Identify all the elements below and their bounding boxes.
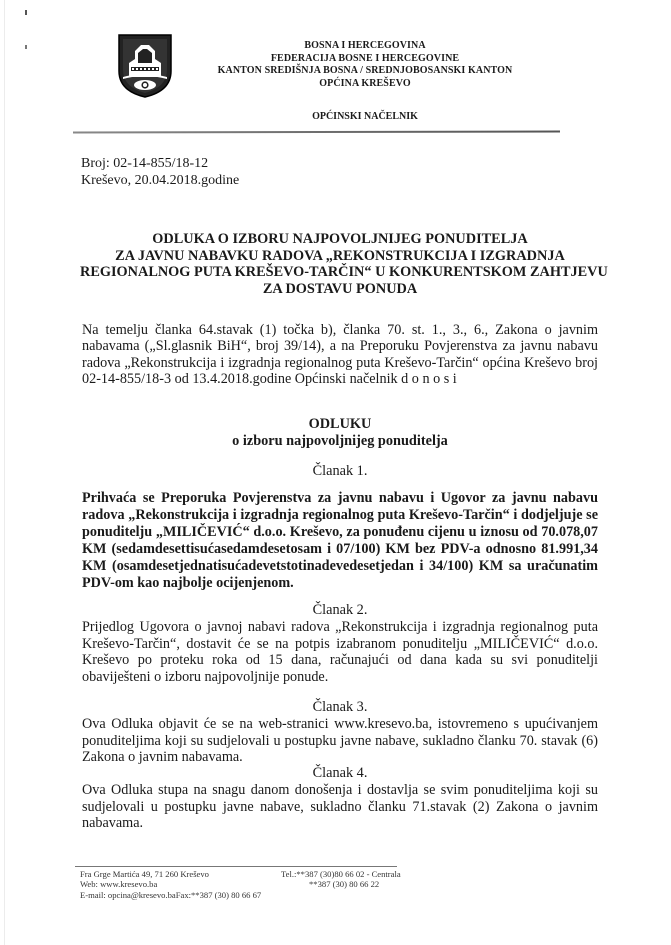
footer-tel-secondary: **387 (30) 80 66 22 xyxy=(281,879,401,889)
scan-mark xyxy=(25,45,27,49)
article-1-label: Članak 1. xyxy=(80,463,600,480)
footer-email-fax: E-mail: opcina@kresevo.baFax:**387 (30) … xyxy=(80,890,261,900)
article-1-text: Prihvaća se Preporuka Povjerenstva za ja… xyxy=(82,490,598,592)
title-line: ZA JAVNU NABAVKU RADOVA „REKONSTRUKCIJA … xyxy=(80,248,600,265)
article-3-label: Članak 3. xyxy=(80,699,600,716)
article-2-text: Prijedlog Ugovora o javnoj nabavi radova… xyxy=(82,619,598,685)
institution-header: BOSNA I HERCEGOVINA FEDERACIJA BOSNE I H… xyxy=(160,40,570,90)
title-line: ZA DOSTAVU PONUDA xyxy=(80,281,600,298)
header-line: OPĆINA KREŠEVO xyxy=(160,78,570,91)
footer-web: Web: www.kresevo.ba xyxy=(80,879,261,889)
header-line: KANTON SREDIŠNJA BOSNA / SREDNJOBOSANSKI… xyxy=(160,65,570,78)
intro-paragraph: Na temelju članka 64.stavak (1) točka b)… xyxy=(82,322,598,387)
decision-heading: ODLUKU xyxy=(80,416,600,433)
article-3-text: Ova Odluka objavit će se na web-stranici… xyxy=(82,716,598,766)
header-line: BOSNA I HERCEGOVINA xyxy=(160,40,570,53)
document-title: ODLUKA O IZBORU NAJPOVOLJNIJEG PONUDITEL… xyxy=(80,231,600,297)
reference-block: Broj: 02-14-855/18-12 Kreševo, 20.04.201… xyxy=(81,155,239,189)
article-4-label: Članak 4. xyxy=(80,765,600,782)
footer-contact-left: Fra Grge Martića 49, 71 260 Kreševo Web:… xyxy=(80,869,261,900)
article-2-label: Članak 2. xyxy=(80,602,600,619)
scan-mark xyxy=(25,10,27,15)
title-line: ODLUKA O IZBORU NAJPOVOLJNIJEG PONUDITEL… xyxy=(80,231,600,248)
header-line: FEDERACIJA BOSNE I HERCEGOVINE xyxy=(160,53,570,66)
footer-contact-right: Tel.:**387 (30)80 66 02 - Centrala **387… xyxy=(281,869,401,890)
reference-number: Broj: 02-14-855/18-12 xyxy=(81,155,239,172)
title-line: REGIONALNOG PUTA KREŠEVO-TARČIN“ U KONKU… xyxy=(80,264,600,281)
article-4-text: Ova Odluka stupa na snagu danom donošenj… xyxy=(82,782,598,832)
office-title: OPĆINSKI NAČELNIK xyxy=(160,111,570,122)
header-divider xyxy=(73,130,560,133)
place-date: Kreševo, 20.04.2018.godine xyxy=(81,172,239,189)
footer-address: Fra Grge Martića 49, 71 260 Kreševo xyxy=(80,869,261,879)
footer-tel-main: Tel.:**387 (30)80 66 02 - Centrala xyxy=(281,869,401,879)
footer-divider xyxy=(75,866,397,867)
page-edge xyxy=(4,0,5,945)
decision-subheading: o izboru najpovoljnijeg ponuditelja xyxy=(80,433,600,450)
